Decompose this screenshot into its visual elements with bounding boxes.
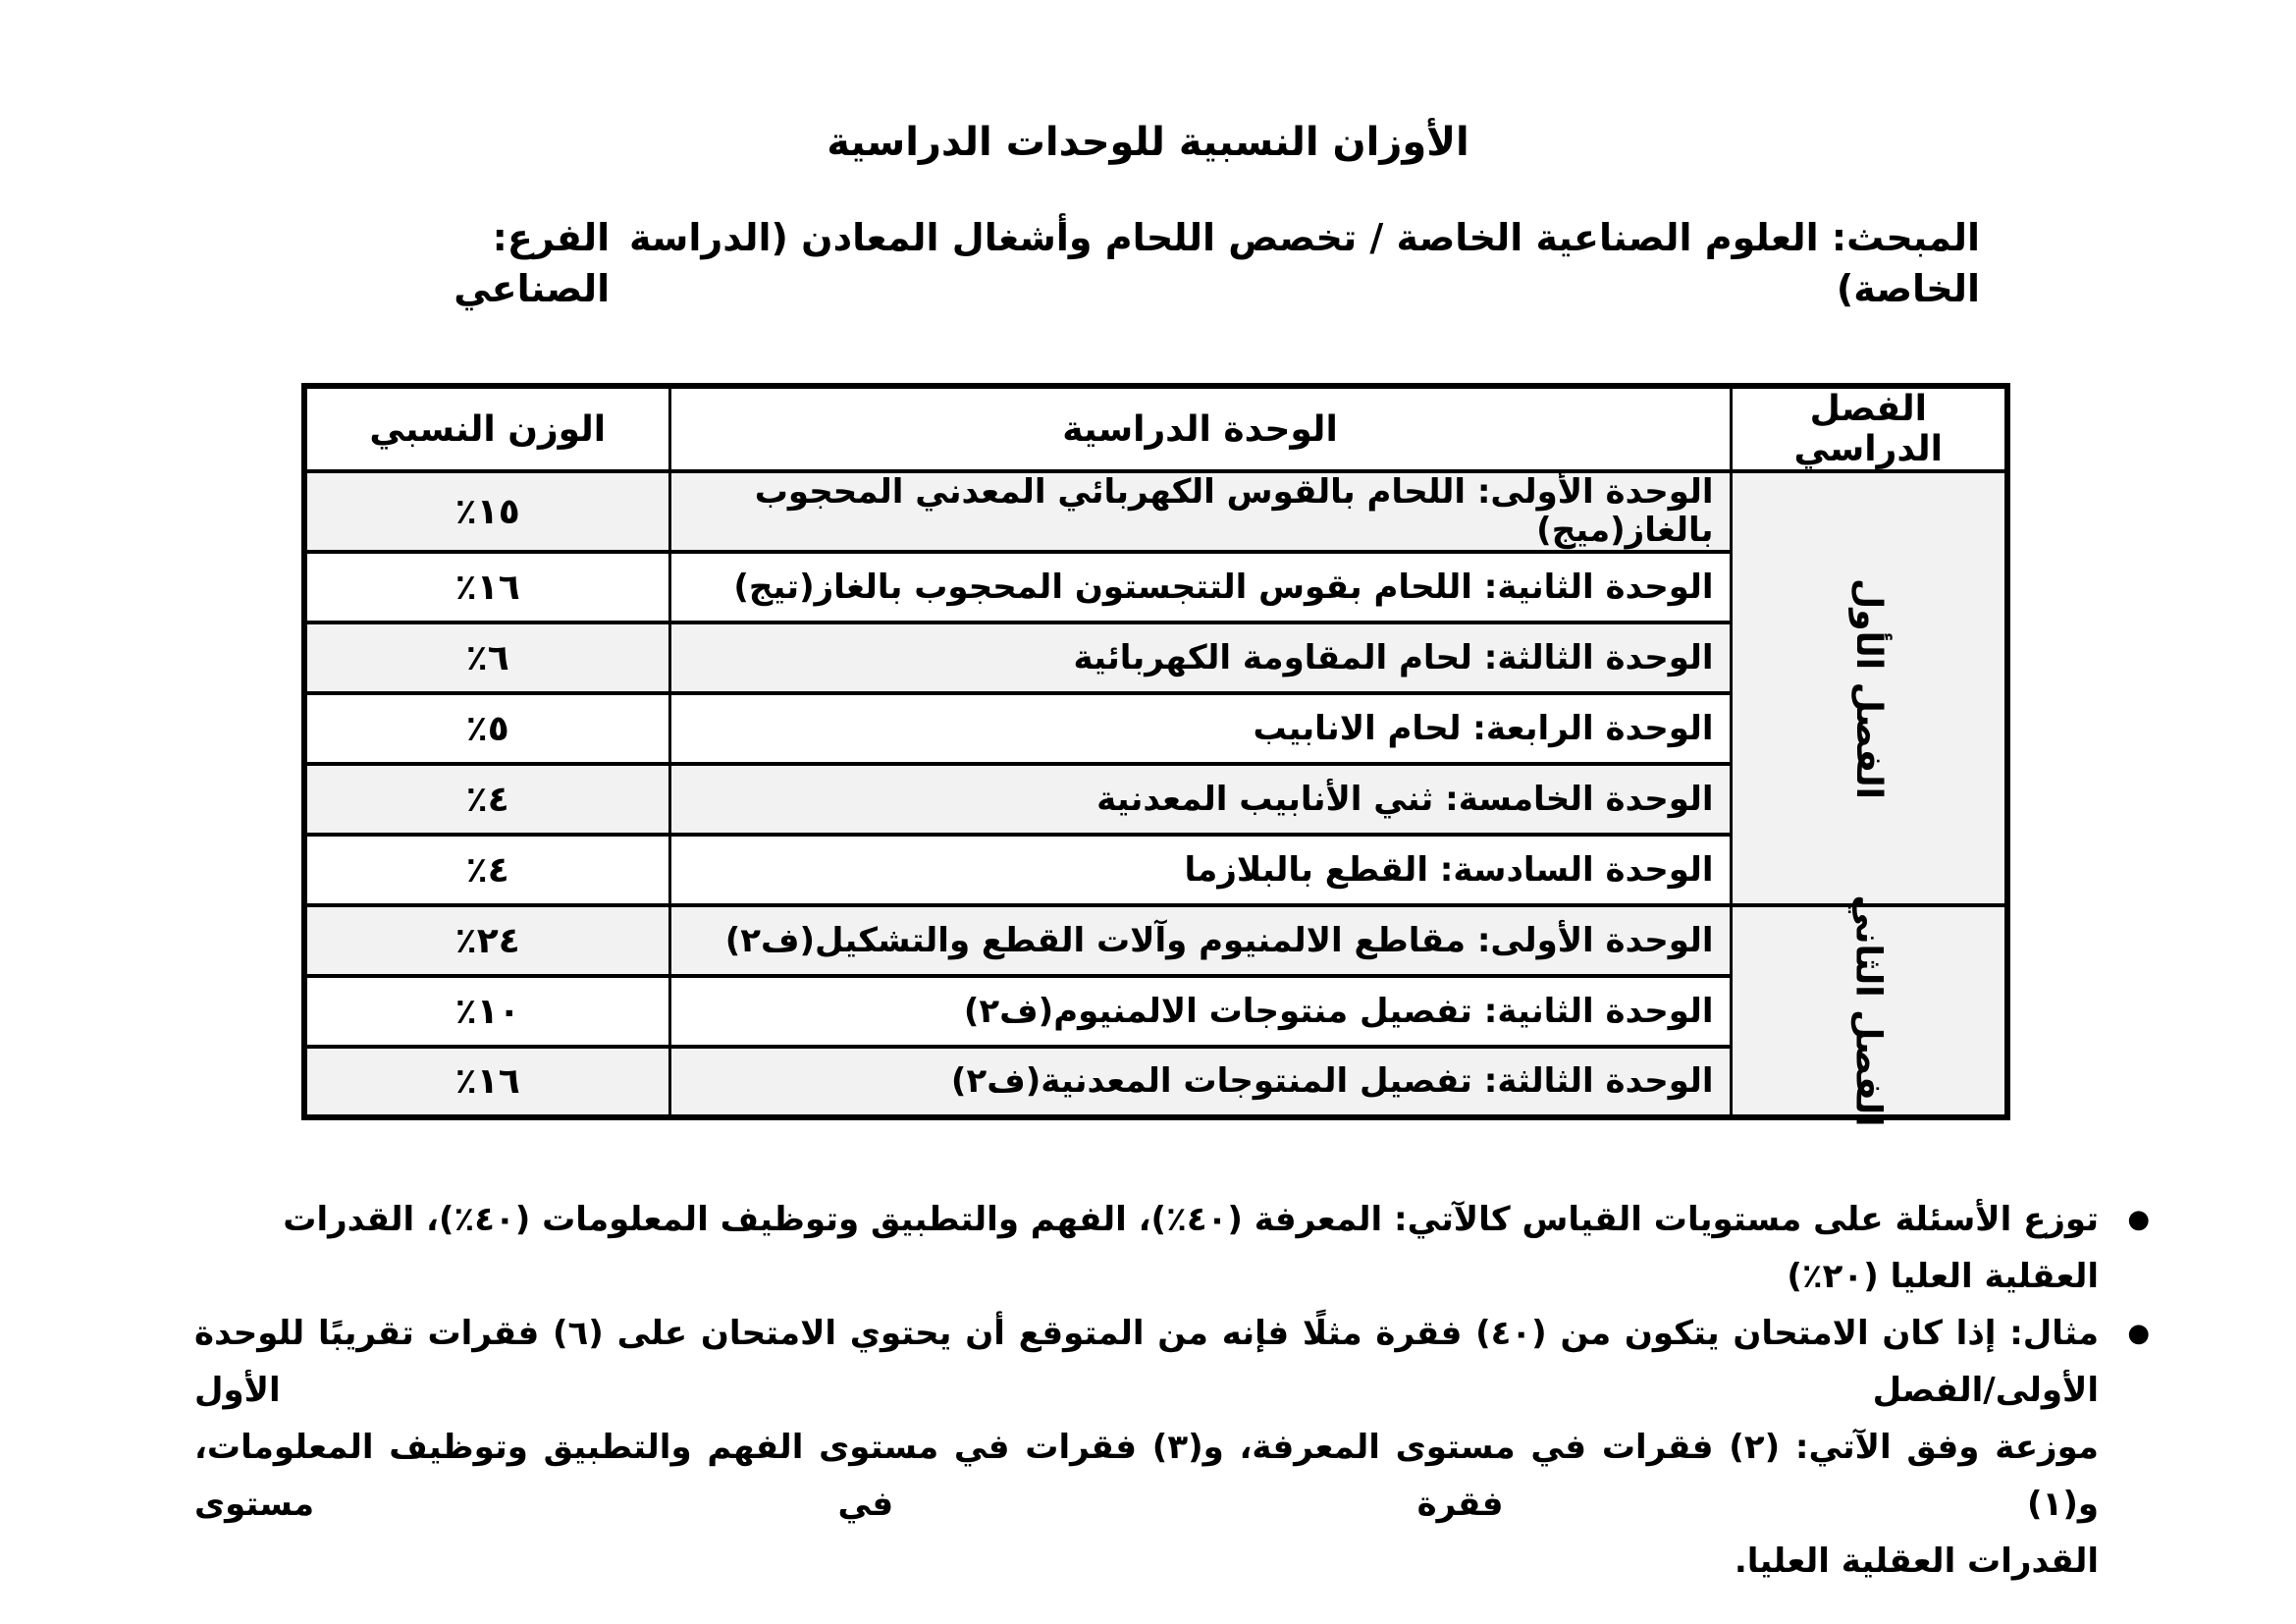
unit-cell: الوحدة الثالثة: لحام المقاومة الكهربائية xyxy=(669,623,1731,693)
document-page: الأوزان النسبية للوحدات الدراسية المبحث:… xyxy=(0,0,2296,1624)
note-item: ● مثال: إذا كان الامتحان يتكون من (٤٠) ف… xyxy=(194,1305,2150,1590)
unit-cell: الوحدة الرابعة: لحام الانابيب xyxy=(669,693,1731,764)
table-header-row: الفصل الدراسي الوحدة الدراسية الوزن النس… xyxy=(304,386,2007,471)
bullet-icon: ● xyxy=(2099,1191,2150,1305)
weight-cell: ١٥٪ xyxy=(304,471,669,552)
weight-cell: ٥٪ xyxy=(304,693,669,764)
note-line: مثال: إذا كان الامتحان يتكون من (٤٠) فقر… xyxy=(194,1305,2099,1419)
table-row: الفصل الثاني الوحدة الأولى: مقاطع الالمن… xyxy=(304,905,2007,976)
unit-cell: الوحدة الثانية: تفصيل منتوجات الالمنيوم(… xyxy=(669,976,1731,1047)
weight-cell: ٤٪ xyxy=(304,764,669,835)
branch-label: الفرع: الصناعي xyxy=(349,212,610,314)
weight-cell: ١٦٪ xyxy=(304,1047,669,1117)
bullet-icon: ● xyxy=(2099,1305,2150,1590)
semester-cell-second: الفصل الثاني xyxy=(1731,905,2007,1117)
note-line: توزع الأسئلة على مستويات القياس كالآتي: … xyxy=(194,1191,2099,1305)
weight-cell: ١٦٪ xyxy=(304,552,669,623)
unit-cell: الوحدة الخامسة: ثني الأنابيب المعدنية xyxy=(669,764,1731,835)
note-item: ● توزع الأسئلة على مستويات القياس كالآتي… xyxy=(194,1191,2150,1305)
weight-cell: ٤٪ xyxy=(304,835,669,905)
note-text: مثال: إذا كان الامتحان يتكون من (٤٠) فقر… xyxy=(194,1305,2099,1590)
unit-cell: الوحدة السادسة: القطع بالبلازما xyxy=(669,835,1731,905)
unit-weights-table: الفصل الدراسي الوحدة الدراسية الوزن النس… xyxy=(301,383,2010,1120)
semester-cell-first: الفصل الأول xyxy=(1731,471,2007,905)
unit-cell: الوحدة الأولى: مقاطع الالمنيوم وآلات الق… xyxy=(669,905,1731,976)
header-cell-semester: الفصل الدراسي xyxy=(1731,386,2007,471)
subject-label: المبحث: العلوم الصناعية الخاصة / تخصص ال… xyxy=(610,212,1980,314)
weight-cell: ٢٤٪ xyxy=(304,905,669,976)
table-row: الفصل الأول الوحدة الأولى: اللحام بالقوس… xyxy=(304,471,2007,552)
weight-cell: ٦٪ xyxy=(304,623,669,693)
notes-section: ● توزع الأسئلة على مستويات القياس كالآتي… xyxy=(194,1191,2150,1590)
unit-cell: الوحدة الثانية: اللحام بقوس التتجستون ال… xyxy=(669,552,1731,623)
weight-cell: ١٠٪ xyxy=(304,976,669,1047)
semester-label: الفصل الثاني xyxy=(1848,895,1889,1127)
note-line: موزعة وفق الآتي: (٢) فقرات في مستوى المع… xyxy=(194,1419,2099,1533)
note-text: توزع الأسئلة على مستويات القياس كالآتي: … xyxy=(194,1191,2099,1305)
header-cell-weight: الوزن النسبي xyxy=(304,386,669,471)
semester-label: الفصل الأول xyxy=(1848,578,1889,799)
page-title: الأوزان النسبية للوحدات الدراسية xyxy=(0,0,2296,167)
unit-cell: الوحدة الثالثة: تفصيل المنتوجات المعدنية… xyxy=(669,1047,1731,1117)
unit-cell: الوحدة الأولى: اللحام بالقوس الكهربائي ا… xyxy=(669,471,1731,552)
subject-line: المبحث: العلوم الصناعية الخاصة / تخصص ال… xyxy=(0,212,2296,314)
note-line: القدرات العقلية العليا. xyxy=(194,1533,2099,1590)
header-cell-unit: الوحدة الدراسية xyxy=(669,386,1731,471)
